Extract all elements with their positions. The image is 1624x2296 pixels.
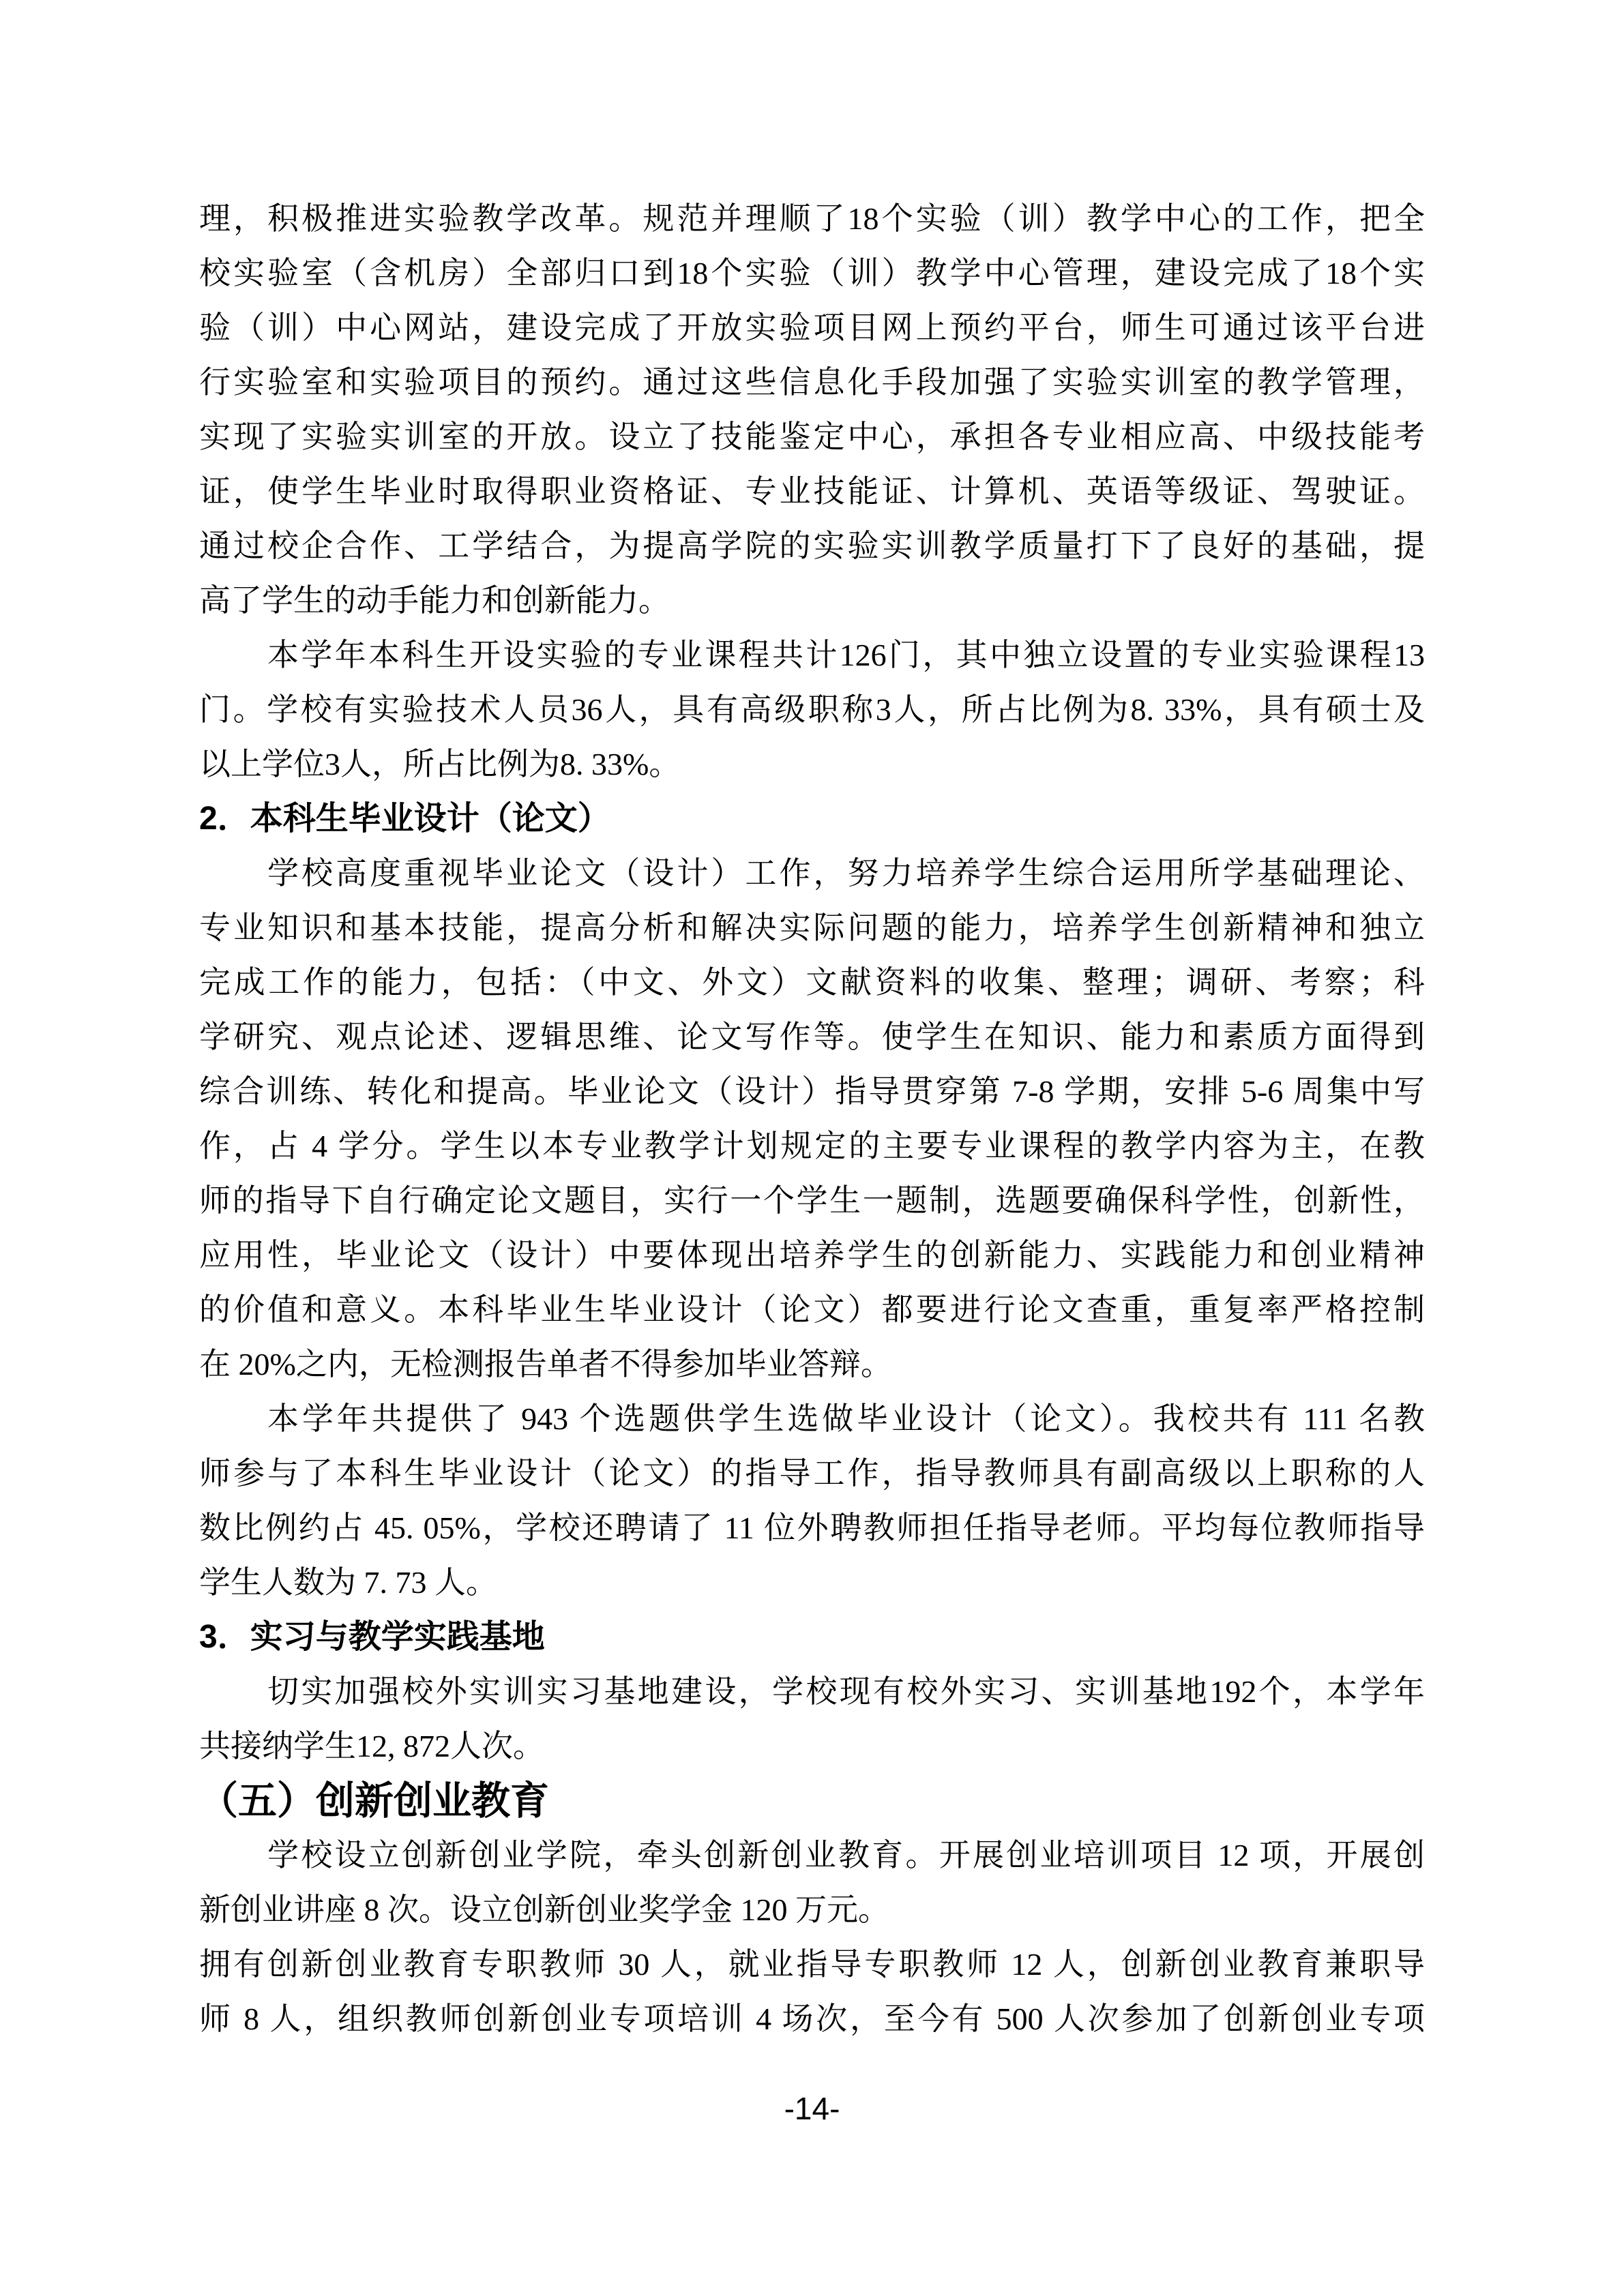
text-line: 高了学生的动手能力和创新能力。 bbox=[199, 573, 1425, 628]
text-line: 在 20%之内，无检测报告单者不得参加毕业答辩。 bbox=[199, 1337, 1425, 1392]
text-line: 拥有创新创业教育专职教师 30 人，就业指导专职教师 12 人，创新创业教育兼职… bbox=[199, 1937, 1425, 1992]
text-line: 学生人数为 7. 73 人。 bbox=[199, 1555, 1425, 1610]
section-heading: 2．本科生毕业设计（论文） bbox=[199, 792, 1425, 846]
page-footer: -14- bbox=[0, 2088, 1624, 2129]
text-line: 本学年本科生开设实验的专业课程共计126门，其中独立设置的专业实验课程13 bbox=[199, 628, 1425, 683]
text-line: 专业知识和基本技能，提高分析和解决实际问题的能力，培养学生创新精神和独立 bbox=[199, 901, 1425, 955]
text-line: 实现了实验实训室的开放。设立了技能鉴定中心，承担各专业相应高、中级技能考 bbox=[199, 410, 1425, 464]
text-line: 通过校企合作、工学结合，为提高学院的实验实训教学质量打下了良好的基础，提 bbox=[199, 519, 1425, 573]
text-line: 作，占 4 学分。学生以本专业教学计划规定的主要专业课程的教学内容为主，在教 bbox=[199, 1119, 1425, 1174]
text-line: 以上学位3人，所占比例为8. 33%。 bbox=[199, 737, 1425, 792]
text-line: 应用性，毕业论文（设计）中要体现出培养学生的创新能力、实践能力和创业精神 bbox=[199, 1228, 1425, 1283]
text-line: 完成工作的能力，包括：（中文、外文）文献资料的收集、整理；调研、考察；科 bbox=[199, 955, 1425, 1010]
text-line: 校实验室（含机房）全部归口到18个实验（训）教学中心管理，建设完成了18个实 bbox=[199, 246, 1425, 301]
text-line: 切实加强校外实训实习基地建设，学校现有校外实习、实训基地192个，本学年 bbox=[199, 1665, 1425, 1719]
document-page: 理，积极推进实验教学改革。规范并理顺了18个实验（训）教学中心的工作，把全校实验… bbox=[0, 0, 1624, 2296]
text-line: 综合训练、转化和提高。毕业论文（设计）指导贯穿第 7-8 学期，安排 5-6 周… bbox=[199, 1064, 1425, 1119]
text-line: 学研究、观点论述、逻辑思维、论文写作等。使学生在知识、能力和素质方面得到 bbox=[199, 1010, 1425, 1064]
text-line: 行实验室和实验项目的预约。通过这些信息化手段加强了实验实训室的教学管理， bbox=[199, 355, 1425, 410]
text-line: 数比例约占 45. 05%，学校还聘请了 11 位外聘教师担任指导老师。平均每位… bbox=[199, 1501, 1425, 1555]
text-line: 师的指导下自行确定论文题目，实行一个学生一题制，选题要确保科学性，创新性， bbox=[199, 1174, 1425, 1228]
chapter-heading: （五）创新创业教育 bbox=[199, 1774, 1425, 1828]
text-line: 学校高度重视毕业论文（设计）工作，努力培养学生综合运用所学基础理论、 bbox=[199, 846, 1425, 901]
page-number: -14- bbox=[784, 2091, 840, 2126]
text-line: 验（训）中心网站，建设完成了开放实验项目网上预约平台，师生可通过该平台进 bbox=[199, 301, 1425, 355]
text-line: 理，积极推进实验教学改革。规范并理顺了18个实验（训）教学中心的工作，把全 bbox=[199, 192, 1425, 246]
section-heading: 3．实习与教学实践基地 bbox=[199, 1610, 1425, 1665]
text-line: 共接纳学生12, 872人次。 bbox=[199, 1719, 1425, 1774]
text-line: 证，使学生毕业时取得职业资格证、专业技能证、计算机、英语等级证、驾驶证。 bbox=[199, 464, 1425, 519]
text-line: 门。学校有实验技术人员36人，具有高级职称3人，所占比例为8. 33%，具有硕士… bbox=[199, 683, 1425, 737]
page-body: 理，积极推进实验教学改革。规范并理顺了18个实验（训）教学中心的工作，把全校实验… bbox=[199, 192, 1425, 2046]
text-line: 师参与了本科生毕业设计（论文）的指导工作，指导教师具有副高级以上职称的人 bbox=[199, 1446, 1425, 1501]
text-line: 师 8 人，组织教师创新创业专项培训 4 场次，至今有 500 人次参加了创新创… bbox=[199, 1992, 1425, 2046]
text-line: 新创业讲座 8 次。设立创新创业奖学金 120 万元。 bbox=[199, 1883, 1425, 1937]
text-line: 学校设立创新创业学院，牵头创新创业教育。开展创业培训项目 12 项，开展创 bbox=[199, 1828, 1425, 1883]
text-line: 本学年共提供了 943 个选题供学生选做毕业设计（论文）。我校共有 111 名教 bbox=[199, 1392, 1425, 1446]
text-line: 的价值和意义。本科毕业生毕业设计（论文）都要进行论文查重，重复率严格控制 bbox=[199, 1283, 1425, 1337]
